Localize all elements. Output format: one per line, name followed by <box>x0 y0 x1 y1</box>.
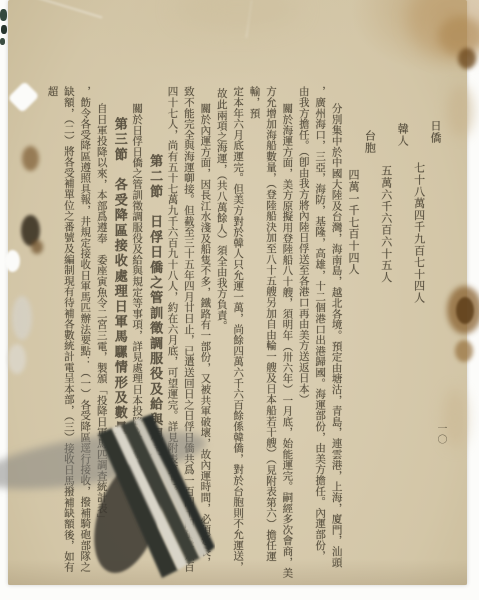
list-label-taiwanese: 台胞 <box>361 86 377 582</box>
text-column-21: ，飭令各受降區遵照具報，井規定接收日軍馬匹辦法要點：（一）各受降區逕行接收，撥補… <box>77 86 93 582</box>
text-column-10: 關於海運方面，美方原擬用登陸船八十艘，須明年（卅六年）一月底，始能運完。嗣經多次… <box>279 86 295 582</box>
list-value-koreans: 五萬六千六百六十五人 <box>377 86 393 582</box>
scanned-document-screenshot: { "document": { "page_number": "一〇", "co… <box>0 0 479 600</box>
list-value-japanese-nationals: 七十八萬四千九百七十四人 <box>410 86 426 582</box>
text-column-8: ，廣州海口，三亞，海防，基隆，高雄，十二個港口出港歸國。海運部份，由美方擔任。內… <box>312 86 328 582</box>
text-column-13: 故此兩項之海運，（共八萬餘人）須全由我方負責。 <box>213 86 229 582</box>
text-column-11: 方允增加海船數量，（登陸船決加至八十五艘另加自由輪一艘及日本船若干艘）（見附表第… <box>246 86 279 582</box>
text-column-20: 自日軍投降以來，本部爲遵奉 委座寅魚令二宮三電，製頒「投降日軍馬匹調查統計表」 <box>93 86 109 582</box>
document-text-block: 日僑 七十八萬四千九百七十四人 韓人 五萬六千六百六十五人 台胞 四萬一千七百十… <box>71 86 443 582</box>
list-value-taiwanese: 四萬一千七百十四人 <box>345 86 361 582</box>
text-column-15: 致不能完全與海運啣接。但截至三十五年四月廿日止，已遣送回日之日俘日僑共爲一百四十… <box>181 86 197 582</box>
text-column-7: 分別集中於中國大陸及台灣，海南島，越北各境。預定由塘沽，青島，連雲港，上海，廈門… <box>328 86 344 582</box>
text-column-16: 四十七人，尚有五十七萬九千六百九十八人，約在六月底，可望運完。詳見附表第七。 <box>164 86 180 582</box>
page-number: 一〇 <box>433 423 448 445</box>
text-column-18: 關於日俘日僑之管訓徵調服役及給與規定等事項，詳見處理日本投降文件彙編第六章。 <box>129 86 145 582</box>
list-label-japanese-nationals: 日僑 <box>427 86 443 582</box>
text-column-14: 關於內運方面，因長江水淺及船隻不多，鐵路有一部份，又被共軍破壞，故內運時間，必須… <box>197 86 213 582</box>
scan-edge-mark <box>1 25 7 34</box>
scan-edge-mark <box>0 9 7 21</box>
section-heading-3: 第三節 各受降區接收處理日軍馬騾情形及數量 <box>110 86 129 582</box>
text-column-22: 缺額，（二）將各受補單位之番號及編制現有待補各數統計電呈本部，（三）接收日馬撥補… <box>44 86 77 582</box>
text-column-9: 由我方擔任。（卽由我方將內陸日俘送至各港口再由美方送返日本） <box>295 86 311 582</box>
section-heading-2: 第二節 日俘日僑之管訓徵調服役及給與規定 <box>145 86 164 582</box>
list-label-koreans: 韓人 <box>394 86 410 582</box>
scan-edge-mark <box>0 38 5 45</box>
text-column-12: 定本年六月底運完。但美方對於韓人只允運一萬，尚餘四萬六千六百餘係韓僑，對於台胞則… <box>230 86 246 582</box>
